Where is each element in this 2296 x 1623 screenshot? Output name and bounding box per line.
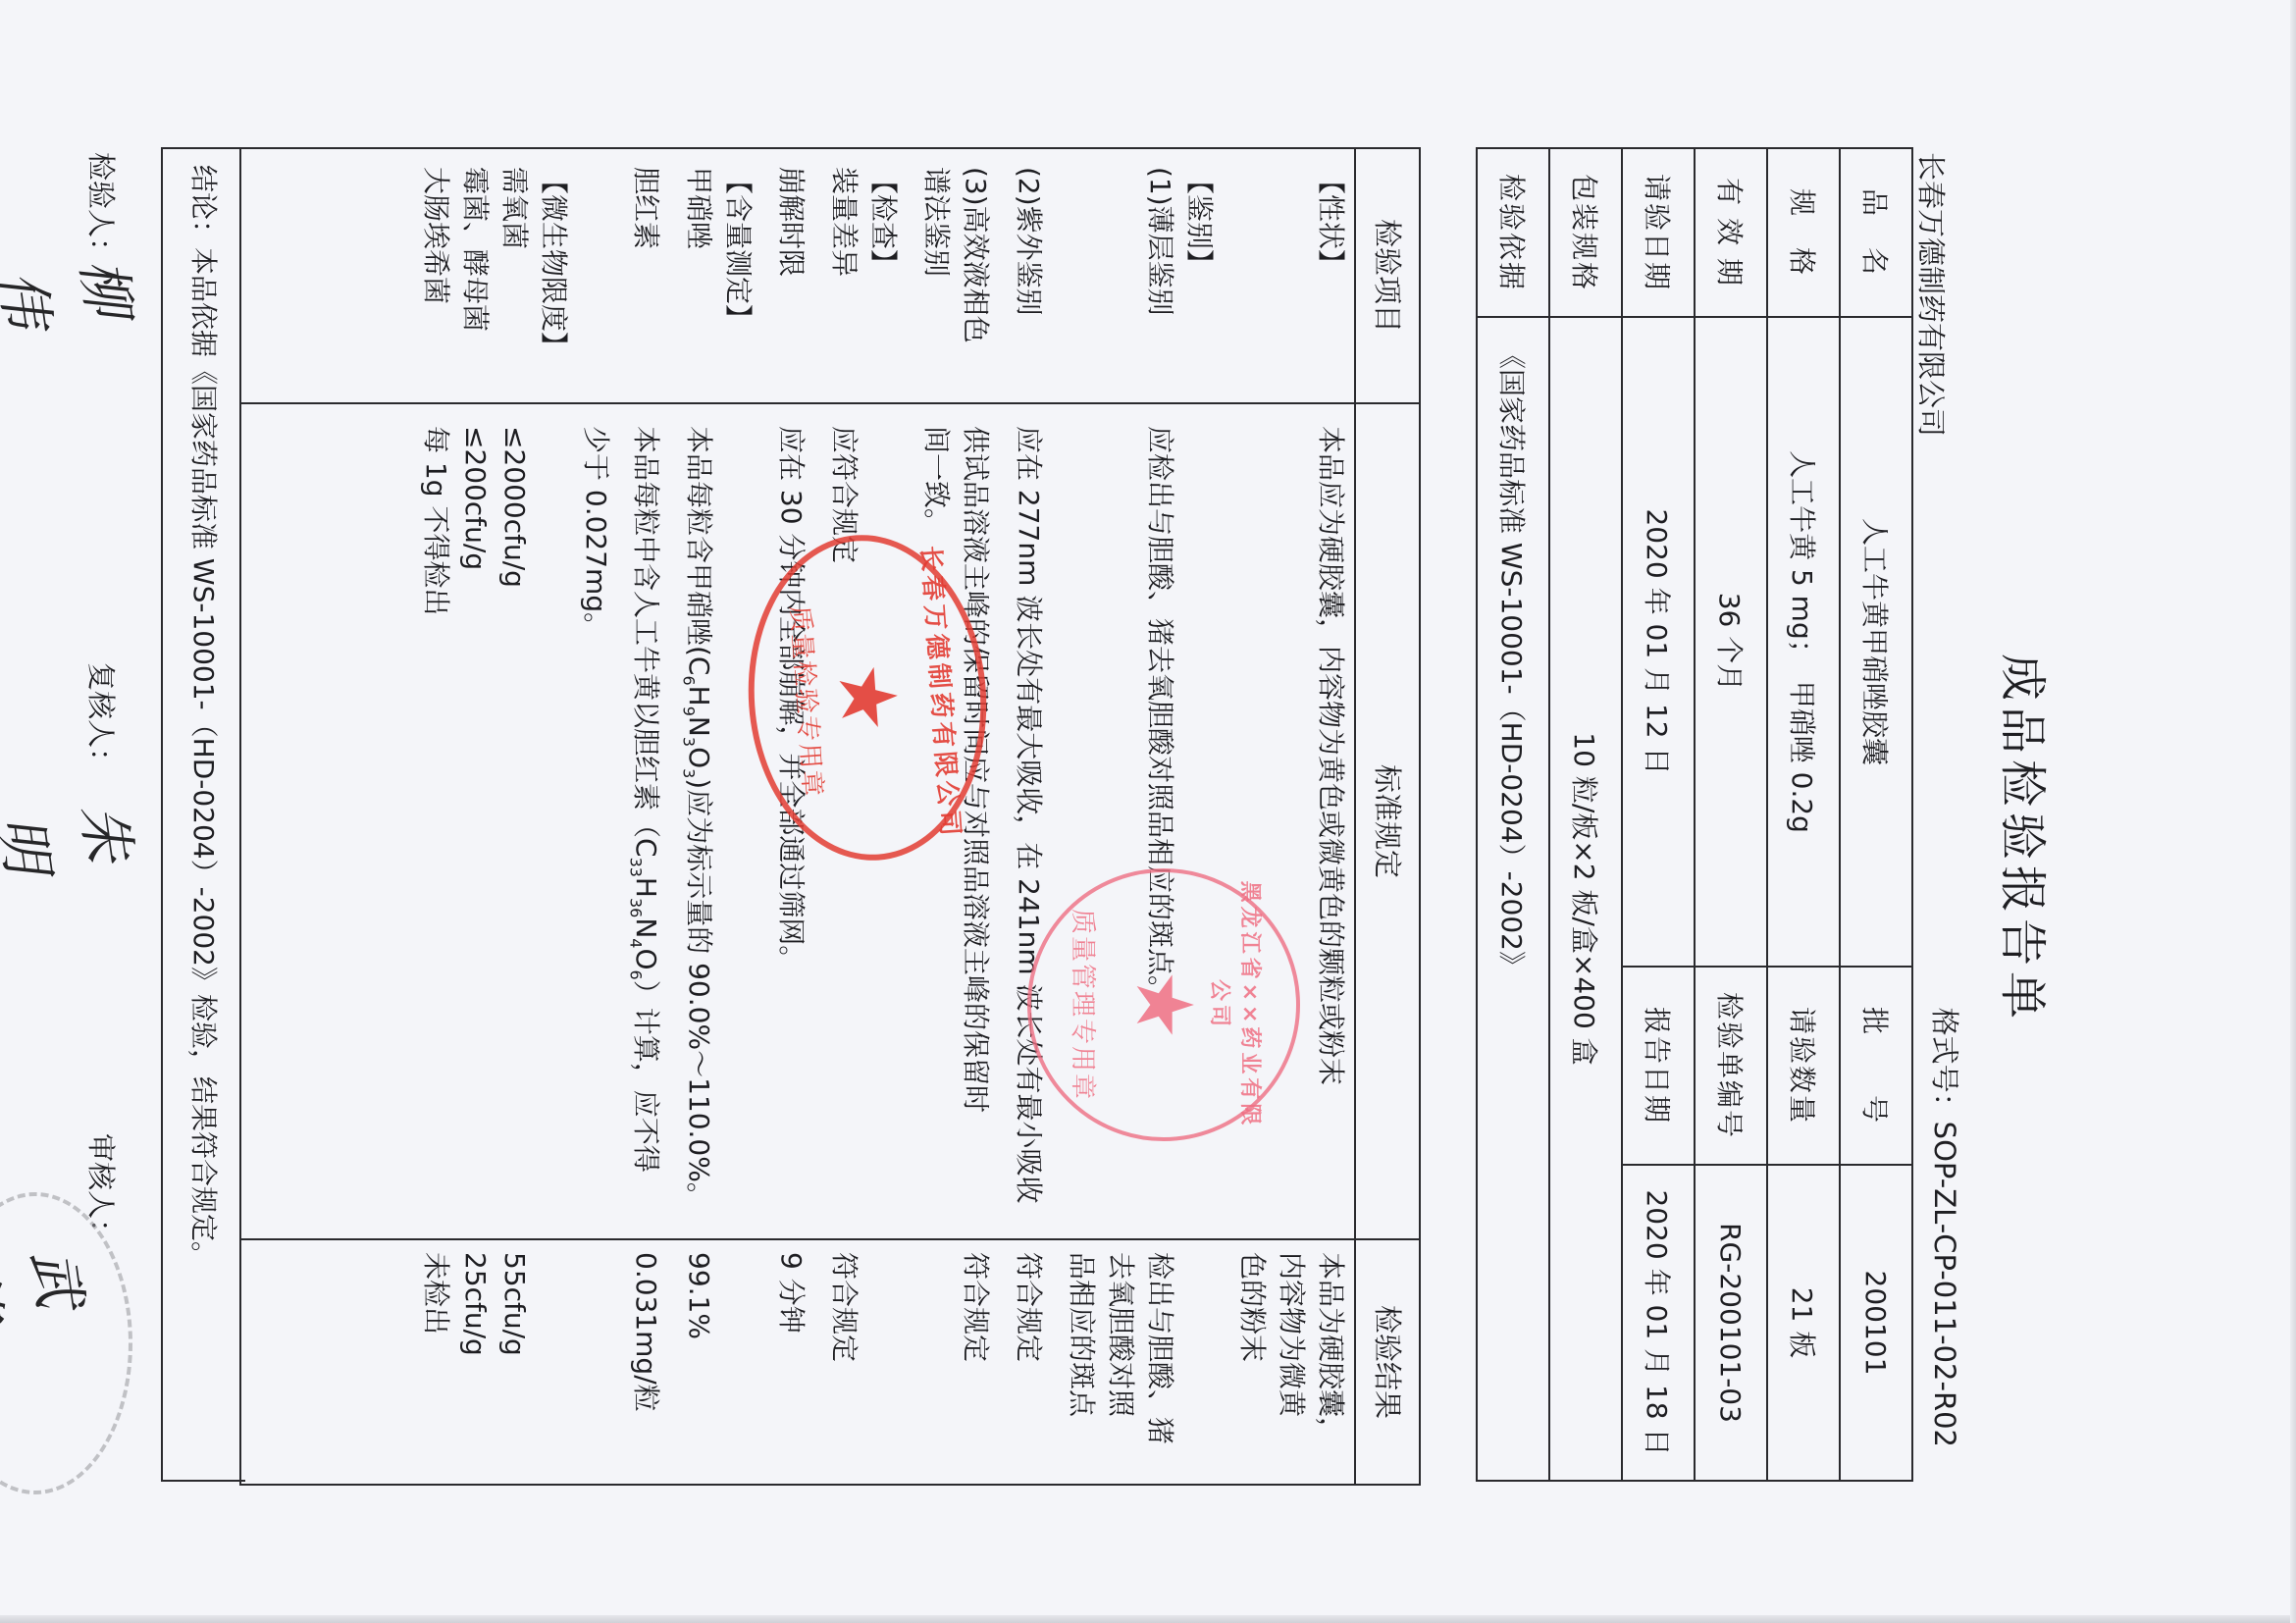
- packaging-label: 包装规格: [1549, 148, 1622, 317]
- request-qty-label: 请验数量: [1767, 967, 1840, 1165]
- form-number: 格式号：SOP-ZL-CP-011-02-R02: [1926, 1008, 1966, 1447]
- inspector: 检验人： 柳伟达: [82, 152, 123, 266]
- form-number-label: 格式号：: [1928, 1008, 1961, 1122]
- reviewer-signature: 武德荣: [0, 1244, 106, 1332]
- cell-standard: 本品每粒含甲硝唑(C6H9N3O3)应为标示量的 90.0%～110.0%。: [668, 426, 757, 1230]
- table-row: 胆红素本品每粒中含人工牛黄以胆红素（C33H36N4O6）计算，应不得 少于 0…: [573, 149, 665, 1484]
- info-row: 规 格 人工牛黄 5 mg； 甲硝唑 0.2g 请验数量 21 板: [1767, 148, 1840, 1481]
- report-no-value: RG-200101-03: [1695, 1165, 1767, 1481]
- company-name: 长春万德制药有限公司: [1912, 152, 1953, 437]
- report-no-label: 检验单编号: [1695, 967, 1767, 1165]
- header-item: 检验项目: [1356, 149, 1419, 402]
- header-result: 检验结果: [1356, 1240, 1419, 1484]
- cell-item: 崩解时限: [771, 167, 810, 398]
- cell-standard: 供试品溶液主峰的保留时间应与对照品溶液主峰的保留时 间一致。: [916, 426, 995, 1230]
- table-row: 【鉴别】 (1)薄层鉴别 应检出与胆酸、猪去氧胆酸对照品相应的斑点。 检出与胆酸…: [1048, 149, 1219, 1484]
- test-results-table: 检验项目 标准规定 检验结果 【性状】本品应为硬胶囊，内容物为黄色或微黄色的颗粒…: [239, 147, 1421, 1486]
- product-info-table: 品 名 人工牛黄甲硝唑胶囊 批 号 200101 规 格 人工牛黄 5 mg； …: [1476, 147, 1913, 1482]
- scan-bottom-edge: [0, 1615, 2296, 1623]
- cell-item: (2)紫外鉴别: [1009, 167, 1048, 398]
- header-standard: 标准规定: [1356, 404, 1419, 1238]
- reviewer-label: 审核人：: [84, 1133, 118, 1247]
- request-qty-value: 21 板: [1767, 1165, 1840, 1481]
- batch-label: 批 号: [1840, 967, 1912, 1165]
- validity-value: 36 个月: [1695, 317, 1767, 967]
- cell-result: 检出与胆酸、猪 去氧胆酸对照 品相应的斑点: [1062, 1252, 1219, 1474]
- report-date-value: 2020 年 01 月 18 日: [1622, 1165, 1695, 1481]
- table-row: 【性状】本品应为硬胶囊，内容物为黄色或微黄色的颗粒或粉末本品为硬胶囊， 内容物为…: [1219, 149, 1350, 1484]
- spec-label: 规 格: [1767, 148, 1840, 317]
- checker-signature: 朱明: [0, 799, 155, 874]
- cell-standard: 本品每粒中含人工牛黄以胆红素（C33H36N4O6）计算，应不得 少于 0.02…: [576, 426, 665, 1230]
- table-header-row: 检验项目 标准规定 检验结果: [1354, 149, 1419, 1484]
- cell-standard: 应符合规定: [824, 426, 903, 1230]
- cell-item: 【性状】: [1311, 167, 1350, 398]
- cell-item: 【微生物限度】 需氧菌 霉菌、酵母菌 大肠埃希菌: [416, 167, 573, 398]
- cell-result: 符合规定: [824, 1252, 903, 1474]
- info-row: 包装规格 10 粒/板×2 板/盒×400 盒: [1549, 148, 1622, 1481]
- cell-item: 【检查】 装量差异: [824, 167, 903, 398]
- request-date-label: 请验日期: [1622, 148, 1695, 317]
- table-row: (2)紫外鉴别应在 277nm 波长处有最大吸收，在 241nm 波长处有最小吸…: [995, 149, 1048, 1484]
- cell-standard: ≤2000cfu/g ≤200cfu/g 每 1g 不得检出: [416, 426, 573, 1230]
- checker-label: 复核人：: [84, 662, 118, 776]
- table-row: 【微生物限度】 需氧菌 霉菌、酵母菌 大肠埃希菌 ≤2000cfu/g ≤200…: [402, 149, 573, 1484]
- cell-result: 55cfu/g 25cfu/g 未检出: [416, 1252, 573, 1474]
- cell-item: (3)高效液相色 谱法鉴别: [916, 167, 995, 398]
- cell-result: 9 分钟: [771, 1252, 810, 1474]
- info-row: 品 名 人工牛黄甲硝唑胶囊 批 号 200101: [1840, 148, 1912, 1481]
- checker: 复核人： 朱明: [82, 662, 123, 776]
- cell-standard: 本品应为硬胶囊，内容物为黄色或微黄色的颗粒或粉末: [1311, 426, 1350, 1230]
- batch-value: 200101: [1840, 1165, 1912, 1481]
- basis-value: 《国家药品标准 WS-10001-（HD-0204）-2002》: [1477, 317, 1549, 1481]
- product-name-value: 人工牛黄甲硝唑胶囊: [1840, 317, 1912, 967]
- cell-result: 符合规定: [956, 1252, 995, 1474]
- cell-standard: 应在 30 分钟内全部崩解，并全部通过筛网。: [771, 426, 810, 1230]
- scan-right-edge: [2290, 0, 2296, 1623]
- cell-item: 【鉴别】 (1)薄层鉴别: [1140, 167, 1219, 398]
- table-row: 崩解时限应在 30 分钟内全部崩解，并全部通过筛网。9 分钟: [757, 149, 810, 1484]
- cell-result: 符合规定: [1009, 1252, 1048, 1474]
- spec-value: 人工牛黄 5 mg； 甲硝唑 0.2g: [1767, 317, 1840, 967]
- cell-item: 胆红素: [626, 167, 665, 398]
- table-row: 【含量测定】 甲硝唑 本品每粒含甲硝唑(C6H9N3O3)应为标示量的 90.0…: [665, 149, 757, 1484]
- inspector-signature: 柳伟达: [0, 253, 155, 340]
- cell-result: 本品为硬胶囊， 内容物为微黄 色的粉末: [1232, 1252, 1350, 1474]
- table-row: 【检查】 装量差异 应符合规定 符合规定: [810, 149, 903, 1484]
- reviewer: 审核人： 武德荣: [82, 1133, 123, 1247]
- conclusion: 结论：本品依据《国家药品标准 WS-10001-（HD-0204）-2002》检…: [161, 147, 245, 1482]
- packaging-value: 10 粒/板×2 板/盒×400 盒: [1549, 317, 1622, 1481]
- inspector-label: 检验人：: [84, 152, 118, 266]
- inspection-report-sheet: 成品检验报告单 长春万德制药有限公司 格式号：SOP-ZL-CP-011-02-…: [49, 113, 2061, 1565]
- info-row: 有 效 期 36 个月 检验单编号 RG-200101-03: [1695, 148, 1767, 1481]
- report-date-label: 报告日期: [1622, 967, 1695, 1165]
- request-date-value: 2020 年 01 月 12 日: [1622, 317, 1695, 967]
- cell-standard: 应检出与胆酸、猪去氧胆酸对照品相应的斑点。: [1140, 426, 1219, 1230]
- cell-result: 99.1%: [679, 1252, 757, 1474]
- cell-item: 【含量测定】 甲硝唑: [679, 167, 757, 398]
- basis-label: 检验依据: [1477, 148, 1549, 317]
- validity-label: 有 效 期: [1695, 148, 1767, 317]
- cell-result: 0.031mg/粒: [626, 1252, 665, 1474]
- product-name-label: 品 名: [1840, 148, 1912, 317]
- document-title: 成品检验报告单: [1993, 113, 2061, 1565]
- info-row: 检验依据 《国家药品标准 WS-10001-（HD-0204）-2002》: [1477, 148, 1549, 1481]
- cell-standard: 应在 277nm 波长处有最大吸收，在 241nm 波长处有最小吸收: [1009, 426, 1048, 1230]
- form-number-value: SOP-ZL-CP-011-02-R02: [1928, 1122, 1961, 1447]
- info-row: 请验日期 2020 年 01 月 12 日 报告日期 2020 年 01 月 1…: [1622, 148, 1695, 1481]
- table-row: (3)高效液相色 谱法鉴别供试品溶液主峰的保留时间应与对照品溶液主峰的保留时 间…: [903, 149, 995, 1484]
